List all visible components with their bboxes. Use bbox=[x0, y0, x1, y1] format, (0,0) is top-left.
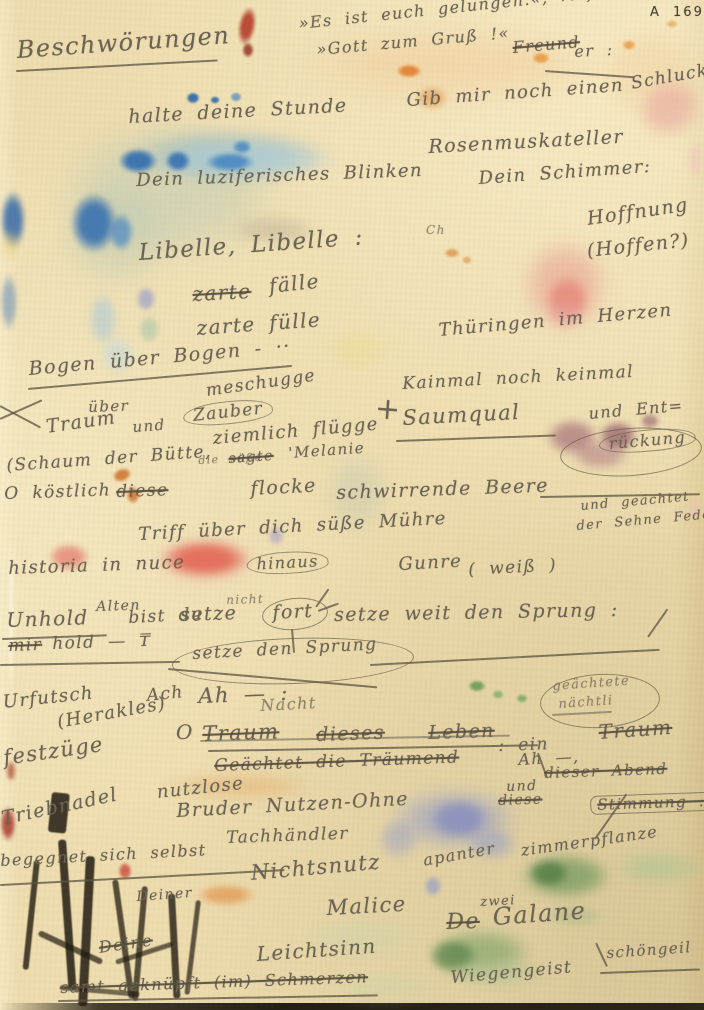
pencil-stroke bbox=[0, 869, 285, 886]
lavender-dab-blob bbox=[136, 286, 156, 312]
crossed-word: Leben bbox=[428, 722, 495, 743]
manuscript-page: A 169Beschwörungen»Es ist euch gelungen.… bbox=[0, 0, 704, 1010]
bluelavender-drop-blob bbox=[378, 818, 418, 860]
verse: Tachhändler bbox=[226, 826, 349, 847]
verse: festzüge bbox=[2, 734, 105, 769]
verse: fälle bbox=[268, 271, 321, 296]
verse: Triff über dich süße Mühre bbox=[138, 510, 447, 544]
crossed-phrase: samt geknüpft (im) Schmerzen bbox=[60, 969, 368, 996]
orange-dot-blob bbox=[462, 256, 472, 264]
verse: O köstlich bbox=[4, 482, 111, 503]
verse: begegnet sich selbst bbox=[0, 842, 207, 869]
orange-dot-blob bbox=[444, 248, 460, 258]
verse: halte deine Stunde bbox=[128, 97, 348, 127]
verse: schwirrende Beere bbox=[336, 477, 549, 503]
verse: Leichtsinn bbox=[256, 936, 377, 964]
pencil-stroke bbox=[396, 434, 556, 442]
crossed-word: mir bbox=[8, 637, 42, 655]
verse: Malice bbox=[326, 894, 407, 919]
page-bottom-edge bbox=[0, 1003, 704, 1010]
verse: Gunre bbox=[398, 553, 463, 574]
verse: Hoffnung bbox=[586, 196, 690, 229]
verse: Unhold bbox=[6, 607, 89, 630]
crossed-word: diese bbox=[116, 482, 169, 501]
orange-dot-blob bbox=[396, 64, 422, 78]
verse: Galane bbox=[492, 898, 587, 928]
teal-dab-blob bbox=[138, 314, 160, 344]
ink-stroke bbox=[23, 860, 40, 970]
pencil-stroke bbox=[0, 661, 180, 666]
verse: Bogen über Bogen - ·· bbox=[28, 337, 292, 379]
quote-tail: er : bbox=[574, 42, 614, 60]
verse: Traum bbox=[45, 408, 117, 437]
verse: zarte fülle bbox=[196, 309, 322, 338]
pencil-stroke bbox=[58, 994, 378, 1002]
lightgreen-blob-blob bbox=[612, 850, 704, 885]
red-dab-blob bbox=[235, 5, 260, 48]
boxed-word: Stimmung : bbox=[590, 792, 704, 815]
verse: Nichtsnutz bbox=[250, 852, 381, 884]
verse: ( weiß ) bbox=[468, 557, 557, 579]
green-core-blob bbox=[528, 858, 570, 888]
green-dot-blob bbox=[492, 690, 504, 699]
verse: Kainmal noch keinmal bbox=[402, 364, 634, 393]
verse: schöngeil bbox=[606, 940, 692, 961]
yellow-wash-blob bbox=[326, 328, 390, 370]
verse: setze bbox=[180, 604, 238, 625]
margin-note: Ch bbox=[426, 224, 446, 236]
crossed-word: zarte bbox=[192, 281, 252, 304]
verse: fort bbox=[272, 602, 314, 623]
green-dot-blob bbox=[516, 694, 528, 703]
crossed-phrase: Geächtet die Träumend bbox=[214, 749, 460, 775]
blue-stroke-blob bbox=[108, 212, 134, 252]
crossed-word: Traum bbox=[202, 721, 280, 745]
page-title: Beschwörungen bbox=[16, 23, 231, 62]
crossed-word: sagte bbox=[228, 449, 274, 466]
verse: historia in nuce bbox=[8, 554, 185, 578]
inserted-word: Deiner bbox=[136, 886, 193, 904]
circled-word: hinaus bbox=[246, 550, 329, 576]
verse: Saumqual bbox=[402, 402, 521, 429]
verse: hold — ₸ bbox=[52, 633, 152, 653]
orange-dot-blob bbox=[622, 40, 636, 50]
verse: O bbox=[176, 722, 194, 742]
verse: (Schaum der Bütte, bbox=[6, 444, 212, 475]
yellow-edge-blob bbox=[0, 228, 20, 262]
orange-dot-blob bbox=[666, 20, 678, 28]
archive-number: A 169 bbox=[650, 6, 704, 19]
verse: setze weit den Sprung : bbox=[334, 601, 619, 625]
crossed-word: diese bbox=[498, 792, 543, 808]
verse: flocke bbox=[250, 477, 317, 499]
blue-stroke-blob bbox=[0, 272, 18, 332]
verse: und Ent= bbox=[588, 398, 684, 422]
circled-note: nächtli bbox=[558, 694, 614, 711]
red-dab-blob bbox=[242, 42, 254, 58]
verse: Dein Schimmer: bbox=[478, 158, 652, 188]
crossed-word: dieses bbox=[316, 724, 385, 745]
blue-dab-blob bbox=[232, 140, 252, 154]
verse: und bbox=[132, 418, 166, 435]
verse: Rosenmuskateller bbox=[428, 128, 624, 157]
pink-smudge-blob bbox=[688, 140, 704, 180]
verse: (Hoffen?) bbox=[586, 231, 691, 261]
crossed-phrase: dieser Abend bbox=[544, 762, 668, 781]
crossed-word: Traum bbox=[598, 717, 673, 742]
pencil-stroke bbox=[647, 609, 668, 638]
inserted-word: Nacht bbox=[260, 695, 317, 714]
orange-blob-blob bbox=[196, 884, 256, 906]
crossed-word: De bbox=[446, 911, 480, 934]
lavender-dab-blob bbox=[424, 875, 442, 897]
pencil-stroke bbox=[600, 969, 700, 974]
green-dot-blob bbox=[468, 680, 486, 692]
